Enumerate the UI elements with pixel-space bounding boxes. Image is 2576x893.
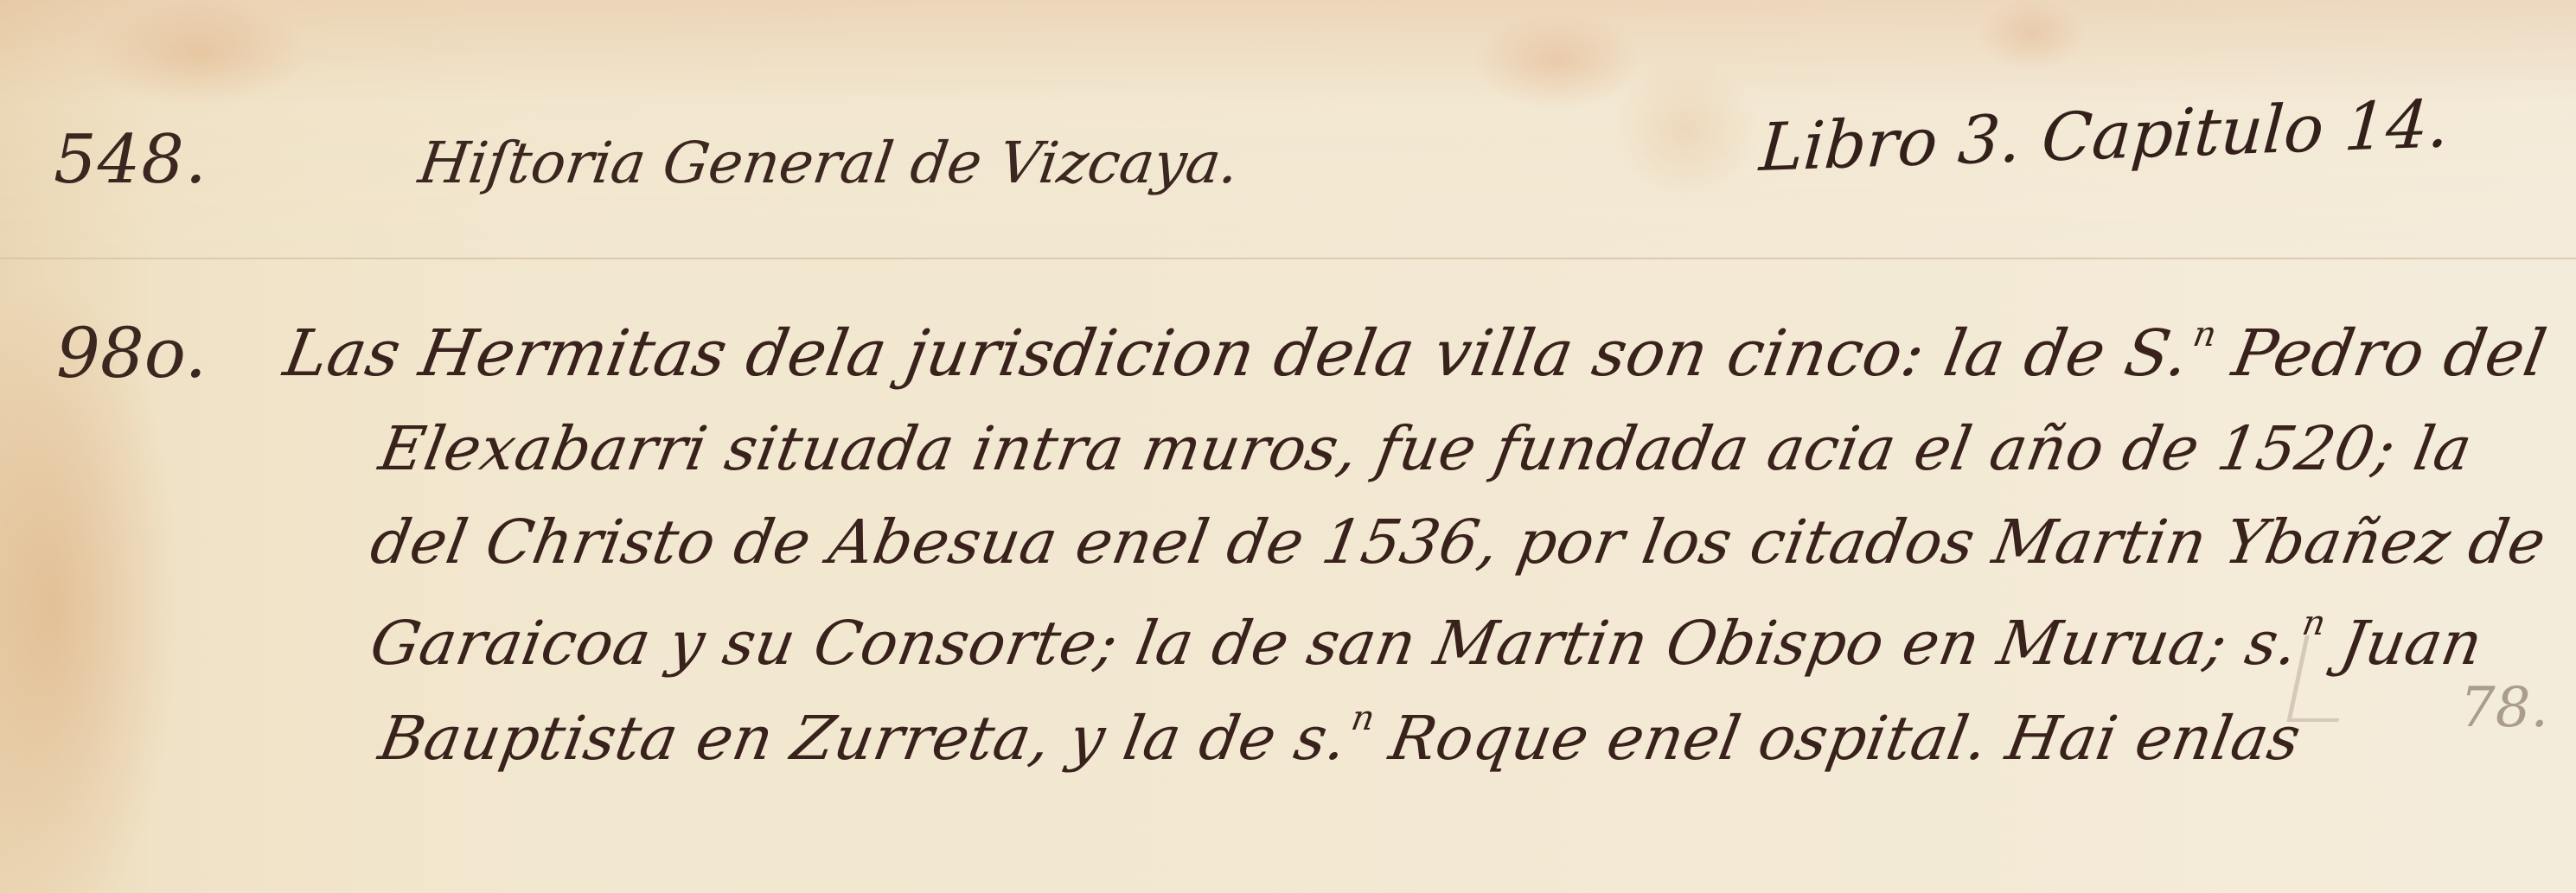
line-text: Pedro del xyxy=(2207,316,2553,391)
line-text: Bauptista en Zurreta, y la de s. xyxy=(374,703,1352,774)
paragraph-number: 98o. xyxy=(56,313,207,393)
line-text: del Christo de Abesua enel de 1536, por … xyxy=(366,507,2552,577)
folio-number: 548. xyxy=(54,121,208,199)
margin-note: 78. xyxy=(2460,676,2548,740)
line-text: Roque enel ospital. Hai enlas xyxy=(1365,703,2306,774)
line-text: Garaicoa y su Consorte; la de san Martin… xyxy=(365,608,2304,679)
text-line: Garaicoa y su Consorte; la de san Martin… xyxy=(365,603,2489,679)
text-line: Elexabarri situada intra muros, fue fund… xyxy=(374,413,2477,484)
chapter-reference: Libro 3. Capitulo 14. xyxy=(1757,85,2451,186)
page-body: 98o. Las Hermitas dela jurisdicion dela … xyxy=(0,259,2576,893)
manuscript-page: 548. Hiſtoria General de Vizcaya. Libro … xyxy=(0,0,2576,893)
line-text: Las Hermitas dela jurisdicion dela villa… xyxy=(278,316,2195,391)
running-title: Hiſtoria General de Vizcaya. xyxy=(415,130,1243,196)
text-line: del Christo de Abesua enel de 1536, por … xyxy=(366,507,2552,577)
line-text: Elexabarri situada intra muros, fue fund… xyxy=(374,413,2477,484)
text-line: Las Hermitas dela jurisdicion dela villa… xyxy=(278,315,2552,391)
text-line: Bauptista en Zurreta, y la de s.n Roque … xyxy=(374,698,2306,774)
page-header: 548. Hiſtoria General de Vizcaya. Libro … xyxy=(0,0,2576,259)
